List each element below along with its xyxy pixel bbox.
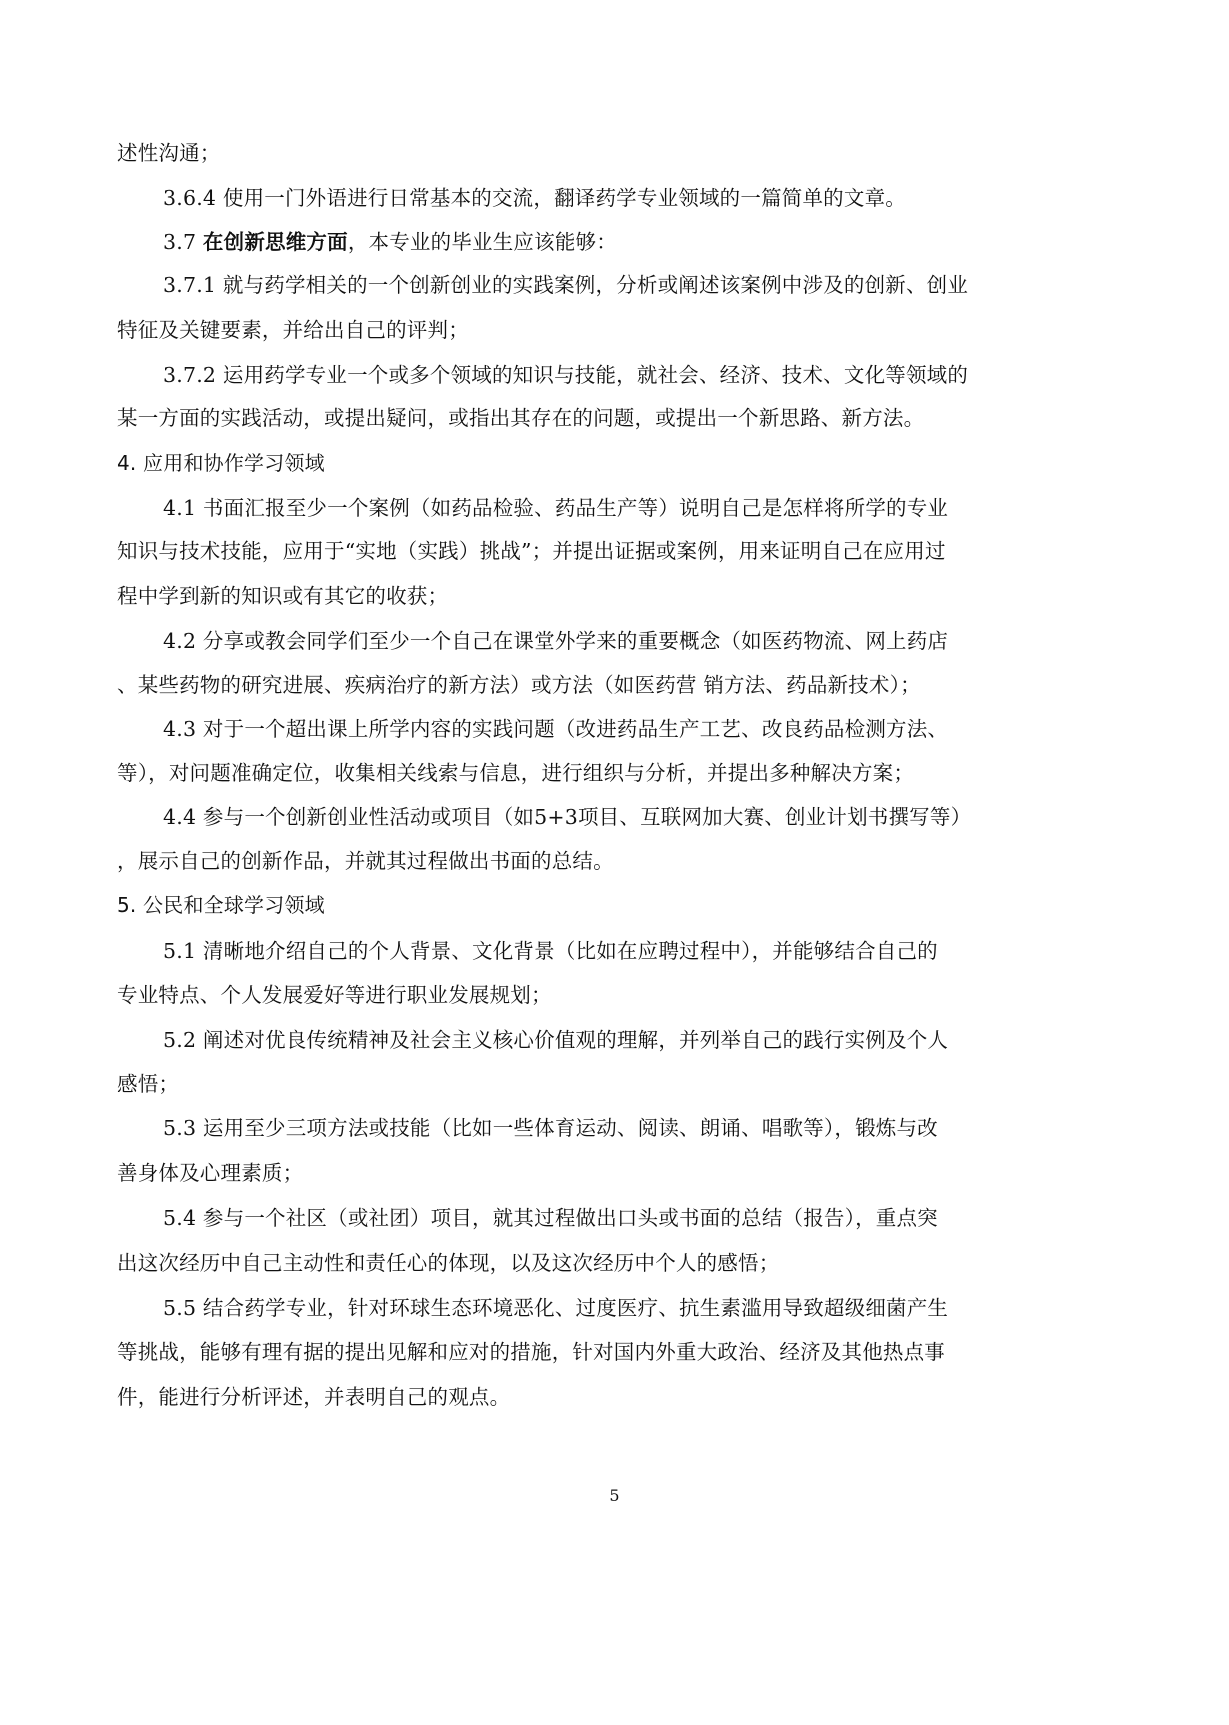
section-4-heading: 4. 应用和协作学习领域: [117, 450, 325, 476]
item-5-1: 5.1 清晰地介绍自己的个人背景、文化背景（比如在应聘过程中），并能够结合自己的: [163, 938, 938, 964]
text-line: 善身体及心理素质；: [117, 1160, 303, 1186]
text-line: 等），对问题准确定位，收集相关线索与信息，进行组织与分析，并提出多种解决方案；: [117, 760, 914, 786]
text-line: 等挑战，能够有理有据的提出见解和应对的措施，针对国内外重大政治、经济及其他热点事: [117, 1339, 945, 1365]
section-5-heading: 5. 公民和全球学习领域: [117, 892, 325, 918]
item-5-3: 5.3 运用至少三项方法或技能（比如一些体育运动、阅读、朗诵、唱歌等），锻炼与改: [163, 1115, 938, 1141]
text-line: 感悟；: [117, 1071, 179, 1097]
item-3-6-4: 3.6.4 使用一门外语进行日常基本的交流，翻译药学专业领域的一篇简单的文章。: [163, 185, 906, 211]
text-line: ，展示自己的创新作品，并就其过程做出书面的总结。: [117, 848, 614, 874]
text-line: 某一方面的实践活动，或提出疑问，或指出其存在的问题，或提出一个新思路、新方法。: [117, 405, 924, 431]
text-line: 述性沟通；: [117, 140, 221, 166]
item-5-5: 5.5 结合药学专业，针对环球生态环境恶化、过度医疗、抗生素滥用导致超级细菌产生: [163, 1295, 948, 1321]
document-page: 述性沟通； 3.6.4 使用一门外语进行日常基本的交流，翻译药学专业领域的一篇简…: [0, 0, 1229, 1725]
text-line: 知识与技术技能，应用于“实地（实践）挑战”；并提出证据或案例，用来证明自己在应用…: [117, 538, 946, 564]
text-line: 程中学到新的知识或有其它的收获；: [117, 583, 448, 609]
section-3-7-heading: 3.7 在创新思维方面，本专业的毕业生应该能够：: [163, 229, 617, 255]
item-4-4: 4.4 参与一个创新创业性活动或项目（如5+3项目、互联网加大赛、创业计划书撰写…: [163, 804, 971, 830]
item-4-1: 4.1 书面汇报至少一个案例（如药品检验、药品生产等）说明自己是怎样将所学的专业: [163, 495, 948, 521]
text-line: 特征及关键要素，并给出自己的评判；: [117, 317, 469, 343]
text-line: 、某些药物的研究进展、疾病治疗的新方法）或方法（如医药营 销方法、药品新技术）；: [117, 672, 921, 698]
section-bold-title: 在创新思维方面: [203, 230, 348, 254]
section-lead: ，本专业的毕业生应该能够：: [348, 230, 617, 254]
page-number: 5: [0, 1486, 1229, 1505]
text-line: 专业特点、个人发展爱好等进行职业发展规划；: [117, 982, 552, 1008]
item-3-7-1: 3.7.1 就与药学相关的一个创新创业的实践案例，分析或阐述该案例中涉及的创新、…: [163, 272, 968, 298]
item-5-4: 5.4 参与一个社区（或社团）项目，就其过程做出口头或书面的总结（报告），重点突: [163, 1205, 938, 1231]
item-4-3: 4.3 对于一个超出课上所学内容的实践问题（改进药品生产工艺、改良药品检测方法、: [163, 716, 948, 742]
text-line: 出这次经历中自己主动性和责任心的体现，以及这次经历中个人的感悟；: [117, 1250, 779, 1276]
section-number: 3.7: [163, 230, 203, 254]
item-5-2: 5.2 阐述对优良传统精神及社会主义核心价值观的理解，并列举自己的践行实例及个人: [163, 1027, 948, 1053]
item-4-2: 4.2 分享或教会同学们至少一个自己在课堂外学来的重要概念（如医药物流、网上药店: [163, 628, 948, 654]
text-line: 件，能进行分析评述，并表明自己的观点。: [117, 1384, 510, 1410]
item-3-7-2: 3.7.2 运用药学专业一个或多个领域的知识与技能，就社会、经济、技术、文化等领…: [163, 362, 968, 388]
